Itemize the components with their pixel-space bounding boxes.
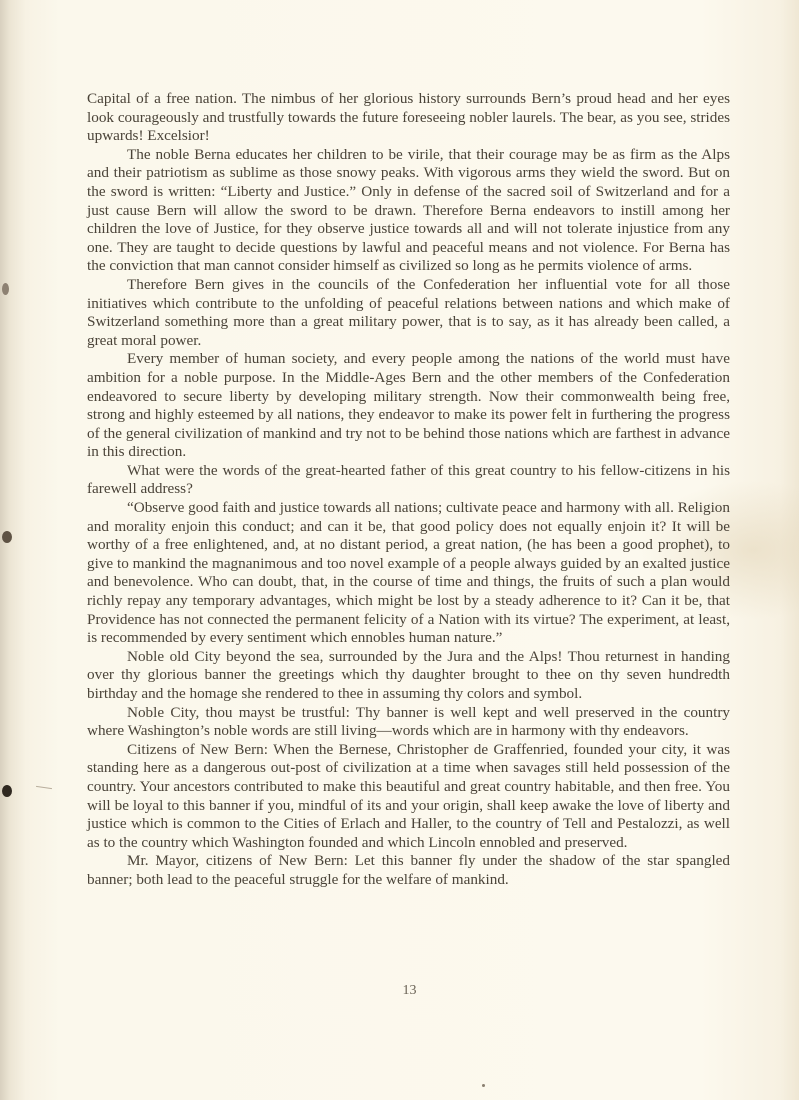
binding-hole [2,283,9,295]
body-text: Capital of a free nation. The nimbus of … [87,90,730,890]
paragraph: The noble Berna educates her children to… [87,146,730,276]
paper-mark [36,786,52,789]
binding-hole [2,785,12,797]
paragraph: Therefore Bern gives in the councils of … [87,276,730,350]
quotation-paragraph: “Observe good faith and justice towards … [87,499,730,648]
scanned-page: Capital of a free nation. The nimbus of … [0,0,799,1100]
paragraph: Capital of a free nation. The nimbus of … [87,90,730,146]
binding-hole [2,531,12,543]
paragraph: What were the words of the great-hearted… [87,462,730,499]
paragraph: Noble old City beyond the sea, surrounde… [87,648,730,704]
paragraph: Noble City, thou mayst be trustful: Thy … [87,704,730,741]
paragraph: Every member of human society, and every… [87,350,730,462]
paragraph: Mr. Mayor, citizens of New Bern: Let thi… [87,852,730,889]
paper-speck [482,1084,485,1087]
page-number: 13 [0,983,799,999]
paragraph: Citizens of New Bern: When the Bernese, … [87,741,730,853]
